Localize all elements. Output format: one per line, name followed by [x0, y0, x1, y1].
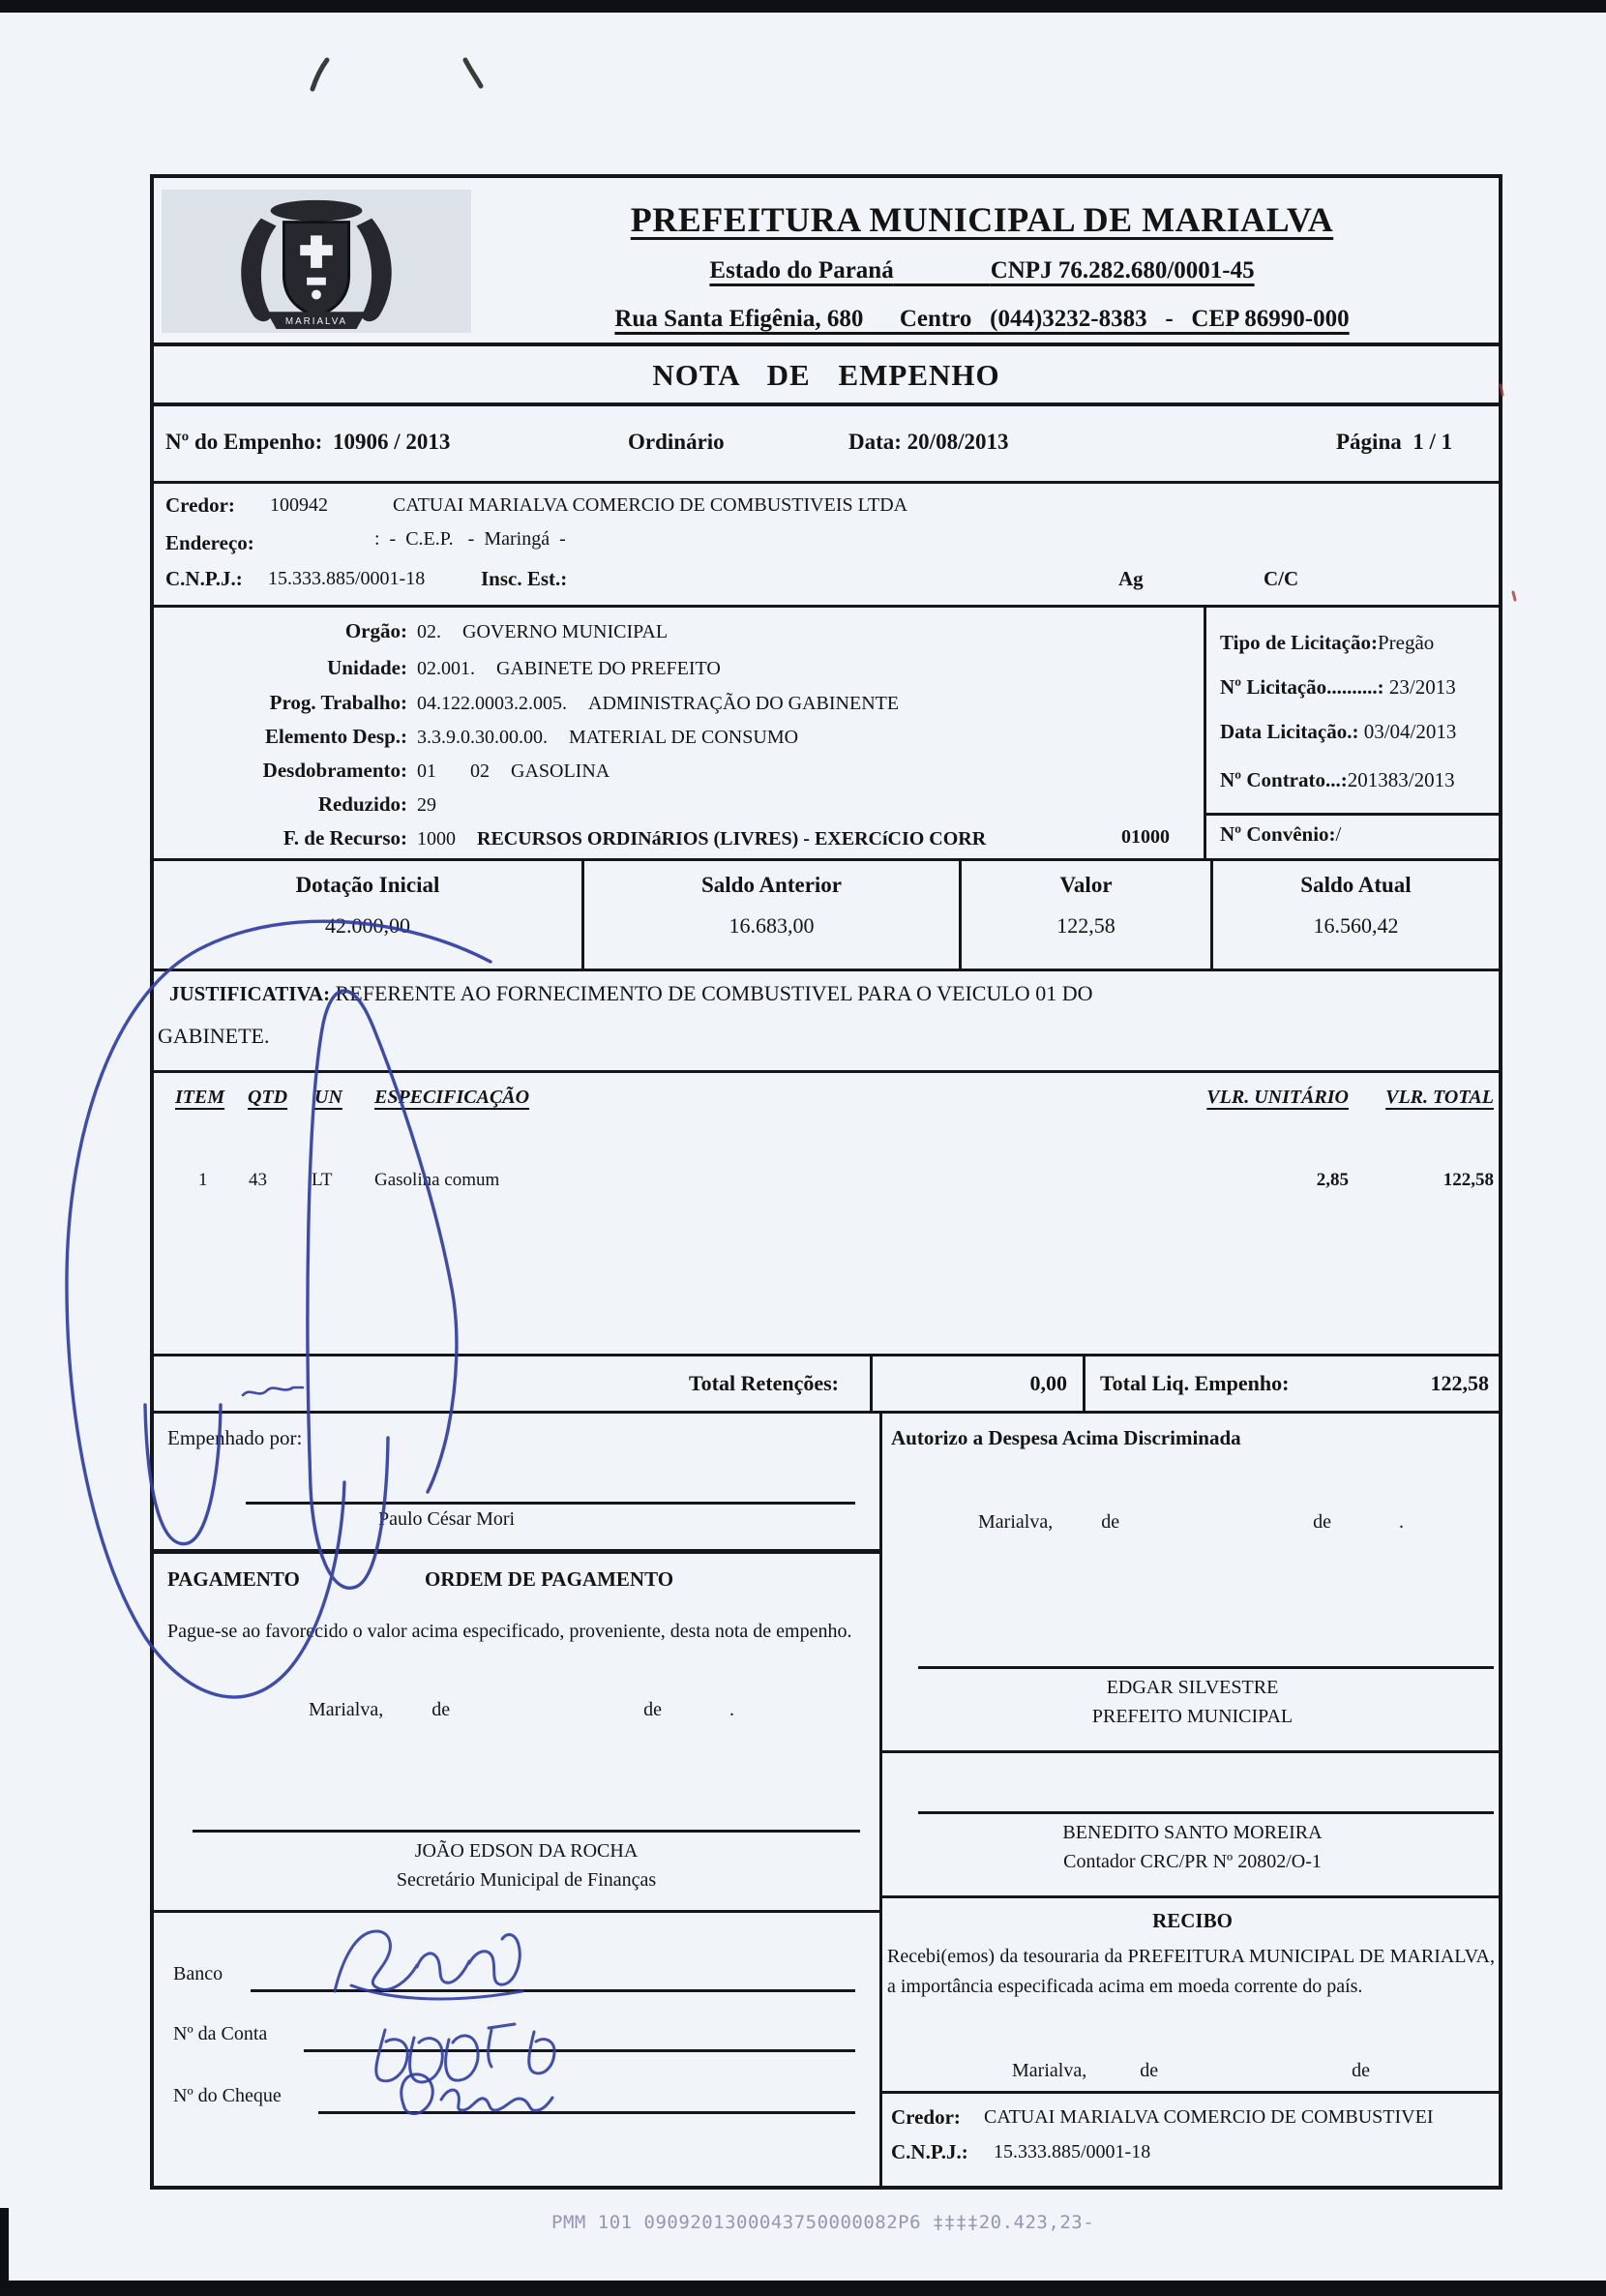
- num-convenio-label: Nº Convênio:: [1220, 822, 1336, 846]
- empenho-number-value: 10906 / 2013: [333, 430, 450, 455]
- data-licitacao-label: Data Licitação.:: [1220, 720, 1358, 743]
- num-convenio-value: /: [1336, 822, 1342, 846]
- justificativa-line2: GABINETE.: [158, 1024, 269, 1049]
- pagamento-city-date-line: Marialva, de de .: [193, 1699, 850, 1721]
- item-vlr-unitario: 2,85: [1170, 1170, 1349, 1191]
- unidade-desc: GABINETE DO PREFEITO: [496, 658, 721, 680]
- prog-trabalho-code: 04.122.0003.2.005.: [417, 693, 567, 715]
- num-conta-line: [304, 2049, 855, 2052]
- col-header-vlr-unitario: VLR. UNITÁRIO: [1170, 1087, 1349, 1109]
- licitacao-divider: [1206, 813, 1499, 816]
- orgao-row: Orgão: 02. GOVERNO MUNICIPAL: [154, 619, 1199, 643]
- pagamento-text: Pague-se ao favorecido o valor acima esp…: [167, 1617, 860, 1647]
- num-licitacao-label: Nº Licitação..........:: [1220, 675, 1384, 699]
- valor-header: Valor: [962, 873, 1210, 898]
- red-specks: [1501, 385, 1515, 600]
- right-section-divider-2: [879, 1895, 1499, 1898]
- num-convenio-row: Nº Convênio:/: [1220, 822, 1341, 847]
- empenho-kind: Ordinário: [628, 430, 725, 455]
- total-retencoes-label: Total Retenções:: [154, 1371, 854, 1396]
- autorizo-title: Autorizo a Despesa Acima Discriminada: [891, 1426, 1241, 1450]
- signatures-section: Empenhado por: Paulo César Mori PAGAMENT…: [154, 1414, 1499, 2186]
- column-divider: [879, 1414, 882, 2186]
- credor-section: Credor: 100942 CATUAI MARIALVA COMERCIO …: [154, 484, 1499, 608]
- conta-corrente-label: C/C: [1264, 567, 1298, 591]
- elemento-desp-row: Elemento Desp.: 3.3.9.0.30.00.00. MATERI…: [154, 725, 1199, 749]
- document-frame: MARIALVA PREFEITURA MUNICIPAL DE MARIALV…: [150, 174, 1502, 2190]
- dotacao-inicial-col: Dotação Inicial 42.000,00: [154, 861, 584, 971]
- elemento-desp-desc: MATERIAL DE CONSUMO: [569, 727, 798, 749]
- autorizo-city-date-line: Marialva, de de .: [891, 1511, 1491, 1534]
- totals-divider-2: [1083, 1357, 1086, 1414]
- empenhado-signature-line: [246, 1502, 855, 1505]
- endereco-value: : - C.E.P. - Maringá -: [374, 528, 566, 551]
- fonte-recurso-code: 1000: [417, 828, 456, 850]
- elemento-desp-label: Elemento Desp.:: [154, 725, 417, 749]
- recibo-cnpj-value: 15.333.885/0001-18: [994, 2141, 1150, 2163]
- empenho-date: Data: 20/08/2013: [848, 430, 1008, 455]
- empenhado-por-label: Empenhado por:: [167, 1426, 302, 1450]
- ordem-pagamento-title: ORDEM DE PAGAMENTO: [425, 1567, 673, 1592]
- prog-trabalho-label: Prog. Trabalho:: [154, 691, 417, 715]
- empenho-number-label: Nº do Empenho:: [165, 430, 322, 455]
- scanned-nota-de-empenho: MARIALVA PREFEITURA MUNICIPAL DE MARIALV…: [0, 0, 1606, 2296]
- org-subtitle-row: Estado do Paraná CNPJ 76.282.680/0001-45: [473, 257, 1491, 284]
- finance-secretary-role: Secretário Municipal de Finanças: [193, 1869, 860, 1892]
- recibo-title: RECIBO: [891, 1909, 1494, 1933]
- fonte-recurso-row: F. de Recurso: 1000 RECURSOS ORDINáRIOS …: [154, 826, 1199, 850]
- pagamento-title: PAGAMENTO: [167, 1567, 300, 1592]
- accountant-signature-line: [918, 1811, 1494, 1814]
- item-especificacao: Gasolina comum: [374, 1170, 499, 1191]
- org-title: PREFEITURA MUNICIPAL DE MARIALVA: [473, 199, 1491, 240]
- tipo-licitacao-label: Tipo de Licitação:: [1220, 631, 1378, 654]
- item-un: LT: [312, 1170, 332, 1191]
- orgao-desc: GOVERNO MUNICIPAL: [462, 621, 668, 643]
- items-section: ITEM QTD UN ESPECIFICAÇÃO VLR. UNITÁRIO …: [154, 1073, 1499, 1354]
- prog-trabalho-desc: ADMINISTRAÇÃO DO GABINENTE: [588, 693, 899, 715]
- unidade-label: Unidade:: [154, 656, 417, 680]
- header-section: MARIALVA PREFEITURA MUNICIPAL DE MARIALV…: [154, 178, 1499, 343]
- saldo-atual-value: 16.560,42: [1213, 913, 1499, 939]
- org-address-row: Rua Santa Efigênia, 680 Centro (044)3232…: [473, 306, 1491, 333]
- credor-name: CATUAI MARIALVA COMERCIO DE COMBUSTIVEIS…: [393, 494, 907, 517]
- empenho-number-row: Nº do Empenho: 10906 / 2013 Ordinário Da…: [154, 406, 1499, 484]
- scan-top-edge: [0, 0, 1606, 13]
- mayor-name: EDGAR SILVESTRE: [891, 1677, 1494, 1699]
- finance-signature-line: [193, 1830, 860, 1833]
- col-header-un: UN: [314, 1087, 342, 1109]
- orcamento-section: Orgão: 02. GOVERNO MUNICIPAL Unidade: 02…: [154, 608, 1499, 861]
- accountant-role: Contador CRC/PR Nº 20802/O-1: [891, 1851, 1494, 1873]
- item-vlr-total: 122,58: [1378, 1170, 1494, 1191]
- coat-of-arms-icon: MARIALVA: [162, 190, 471, 333]
- banco-label: Banco: [173, 1963, 223, 1985]
- total-liq-value: 122,58: [1353, 1371, 1489, 1396]
- num-contrato-label: Nº Contrato...:: [1220, 768, 1348, 791]
- valor-value: 122,58: [962, 913, 1210, 939]
- desdobramento-code: 01 02: [417, 760, 490, 783]
- recibo-cnpj-label: C.N.P.J.:: [891, 2140, 968, 2164]
- tipo-licitacao-value: Pregão: [1378, 631, 1434, 654]
- num-licitacao-row: Nº Licitação..........: 23/2013: [1220, 675, 1456, 700]
- item-number: 1: [198, 1170, 208, 1191]
- scan-corner-edge: [0, 2208, 9, 2296]
- data-licitacao-value: 03/04/2013: [1364, 720, 1457, 743]
- saldos-section: Dotação Inicial 42.000,00 Saldo Anterior…: [154, 861, 1499, 971]
- mayor-signature-line: [918, 1666, 1494, 1669]
- total-retencoes-value: 0,00: [874, 1371, 1067, 1396]
- org-address: Rua Santa Efigênia, 680 Centro (044)3232…: [614, 306, 1349, 332]
- staple-pen-marks: [312, 60, 481, 89]
- recibo-city-date-line: Marialva, de de: [891, 2060, 1491, 2082]
- saldo-atual-col: Saldo Atual 16.560,42: [1213, 861, 1499, 971]
- col-header-item: ITEM: [175, 1087, 224, 1109]
- saldo-atual-header: Saldo Atual: [1213, 873, 1499, 898]
- col-header-qtd: QTD: [248, 1087, 287, 1109]
- num-conta-label: Nº da Conta: [173, 2023, 267, 2045]
- num-contrato-row: Nº Contrato...:201383/2013: [1220, 768, 1455, 792]
- recibo-credor-label: Credor:: [891, 2105, 961, 2130]
- orgao-code: 02.: [417, 621, 441, 643]
- recibo-credor-value: CATUAI MARIALVA COMERCIO DE COMBUSTIVEI: [984, 2106, 1433, 2129]
- page-indicator: Página 1 / 1: [1336, 430, 1452, 455]
- svg-text:MARIALVA: MARIALVA: [285, 316, 347, 327]
- unidade-code: 02.001.: [417, 658, 475, 680]
- right-section-divider-1: [879, 1750, 1499, 1753]
- reduzido-label: Reduzido:: [154, 792, 417, 817]
- finance-secretary-name: JOÃO EDSON DA ROCHA: [193, 1840, 860, 1863]
- elemento-desp-code: 3.3.9.0.30.00.00.: [417, 727, 548, 749]
- credor-code: 100942: [270, 494, 328, 517]
- fonte-recurso-desc: RECURSOS ORDINáRIOS (LIVRES) - EXERCíCIO…: [477, 828, 986, 850]
- total-liq-label: Total Liq. Empenho:: [1100, 1371, 1289, 1396]
- valor-col: Valor 122,58: [962, 861, 1213, 971]
- unidade-row: Unidade: 02.001. GABINETE DO PREFEITO: [154, 656, 1199, 680]
- orgao-label: Orgão:: [154, 619, 417, 643]
- scan-bottom-edge: [0, 2281, 1606, 2296]
- endereco-label: Endereço:: [165, 531, 254, 555]
- desdobramento-label: Desdobramento:: [154, 759, 417, 783]
- empenhado-signer-name: Paulo César Mori: [378, 1508, 515, 1531]
- desdobramento-desc: GASOLINA: [511, 760, 610, 783]
- accountant-name: BENEDITO SANTO MOREIRA: [891, 1822, 1494, 1844]
- tipo-licitacao-row: Tipo de Licitação:Pregão: [1220, 631, 1434, 655]
- mayor-role: PREFEITO MUNICIPAL: [891, 1706, 1494, 1728]
- left-section-divider-1: [154, 1549, 879, 1554]
- num-cheque-line: [318, 2111, 855, 2114]
- document-title-band: NOTA DE EMPENHO: [154, 343, 1499, 406]
- saldo-anterior-value: 16.683,00: [584, 913, 959, 939]
- justificativa-section: JUSTIFICATIVA: REFERENTE AO FORNECIMENTO…: [154, 971, 1499, 1073]
- saldo-anterior-col: Saldo Anterior 16.683,00: [584, 861, 962, 971]
- num-cheque-label: Nº do Cheque: [173, 2085, 282, 2107]
- justificativa-line1: REFERENTE AO FORNECIMENTO DE COMBUSTIVEL…: [336, 981, 1093, 1005]
- insc-est-label: Insc. Est.:: [481, 567, 567, 591]
- justificativa-label: JUSTIFICATIVA:: [169, 982, 330, 1005]
- recibo-text: Recebi(emos) da tesouraria da PREFEITURA…: [887, 1942, 1495, 2002]
- cnpj-value: 15.333.885/0001-18: [268, 568, 425, 590]
- machine-print-stamp: PMM 101 0909201300043750000082P6 ‡‡‡‡20.…: [551, 2212, 1094, 2233]
- banco-line: [251, 1989, 855, 1992]
- licitacao-box: Tipo de Licitação:Pregão Nº Licitação...…: [1204, 608, 1499, 861]
- totals-row: Total Retenções: 0,00 Total Liq. Empenho…: [154, 1354, 1499, 1414]
- data-licitacao-row: Data Licitação.: 03/04/2013: [1220, 720, 1456, 744]
- num-contrato-value: 201383/2013: [1348, 768, 1455, 791]
- desdobramento-row: Desdobramento: 01 02 GASOLINA: [154, 759, 1199, 783]
- credor-label: Credor:: [165, 493, 235, 518]
- left-section-divider-2: [154, 1910, 879, 1913]
- cnpj-label: C.N.P.J.:: [165, 567, 243, 591]
- fonte-recurso-label: F. de Recurso:: [154, 826, 417, 850]
- logo-background: MARIALVA: [162, 190, 471, 333]
- document-title: NOTA DE EMPENHO: [154, 358, 1499, 393]
- spacer: [894, 257, 991, 283]
- num-licitacao-value: 23/2013: [1389, 675, 1456, 699]
- reduzido-code: 29: [417, 794, 436, 817]
- dotacao-inicial-header: Dotação Inicial: [154, 873, 581, 898]
- totals-divider-1: [870, 1357, 873, 1414]
- state-label: Estado do Paraná: [709, 257, 893, 283]
- fonte-recurso-extra: 01000: [1121, 826, 1170, 849]
- prog-trabalho-row: Prog. Trabalho: 04.122.0003.2.005. ADMIN…: [154, 691, 1199, 715]
- col-header-especificacao: ESPECIFICAÇÃO: [374, 1087, 529, 1109]
- agencia-label: Ag: [1118, 567, 1144, 591]
- saldo-anterior-header: Saldo Anterior: [584, 873, 959, 898]
- right-section-divider-3: [879, 2091, 1499, 2094]
- col-header-vlr-total: VLR. TOTAL: [1378, 1087, 1494, 1109]
- reduzido-row: Reduzido: 29: [154, 792, 1199, 817]
- item-qtd: 43: [249, 1170, 267, 1191]
- dotacao-inicial-value: 42.000,00: [154, 913, 581, 939]
- org-cnpj: CNPJ 76.282.680/0001-45: [991, 257, 1255, 283]
